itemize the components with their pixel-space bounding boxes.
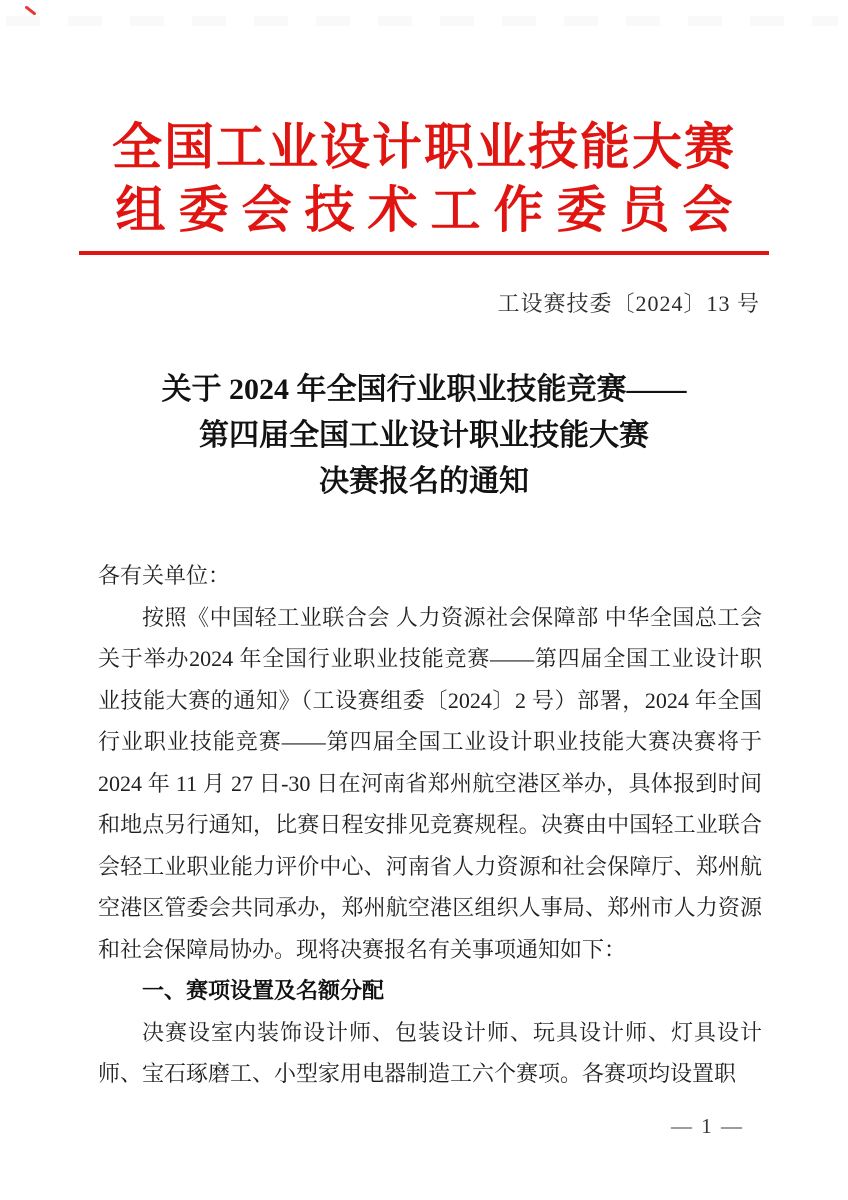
document-number: 工设赛技委〔2024〕13 号 (0, 291, 848, 317)
scan-artifact-band (6, 16, 838, 26)
section-1-heading: 一、赛项设置及名额分配 (98, 970, 762, 1012)
salutation: 各有关单位： (98, 555, 762, 597)
page-number: — 1 — (671, 1114, 744, 1139)
document-body: 各有关单位： 按照《中国轻工业联合会 人力资源社会保障部 中华全国总工会关于举办… (98, 555, 762, 1095)
body-paragraph-2: 决赛设室内装饰设计师、包装设计师、玩具设计师、灯具设计师、宝石琢磨工、小型家用电… (98, 1012, 762, 1095)
document-page: 全国工业设计职业技能大赛 组委会技术工作委员会 工设赛技委〔2024〕13 号 … (0, 0, 848, 1200)
document-title-line3: 决赛报名的通知 (0, 459, 848, 505)
document-title: 关于 2024 年全国行业职业技能竞赛—— 第四届全国工业设计职业技能大赛 决赛… (0, 367, 848, 505)
letterhead: 全国工业设计职业技能大赛 组委会技术工作委员会 (0, 116, 848, 255)
body-paragraph-1: 按照《中国轻工业联合会 人力资源社会保障部 中华全国总工会关于举办2024 年全… (98, 597, 762, 971)
red-divider-rule (79, 251, 769, 255)
letterhead-line1: 全国工业设计职业技能大赛 (0, 116, 848, 179)
document-title-line1: 关于 2024 年全国行业职业技能竞赛—— (0, 367, 848, 413)
letterhead-line2: 组委会技术工作委员会 (0, 179, 848, 242)
scan-mark-red (24, 5, 36, 15)
document-title-line2: 第四届全国工业设计职业技能大赛 (0, 413, 848, 459)
